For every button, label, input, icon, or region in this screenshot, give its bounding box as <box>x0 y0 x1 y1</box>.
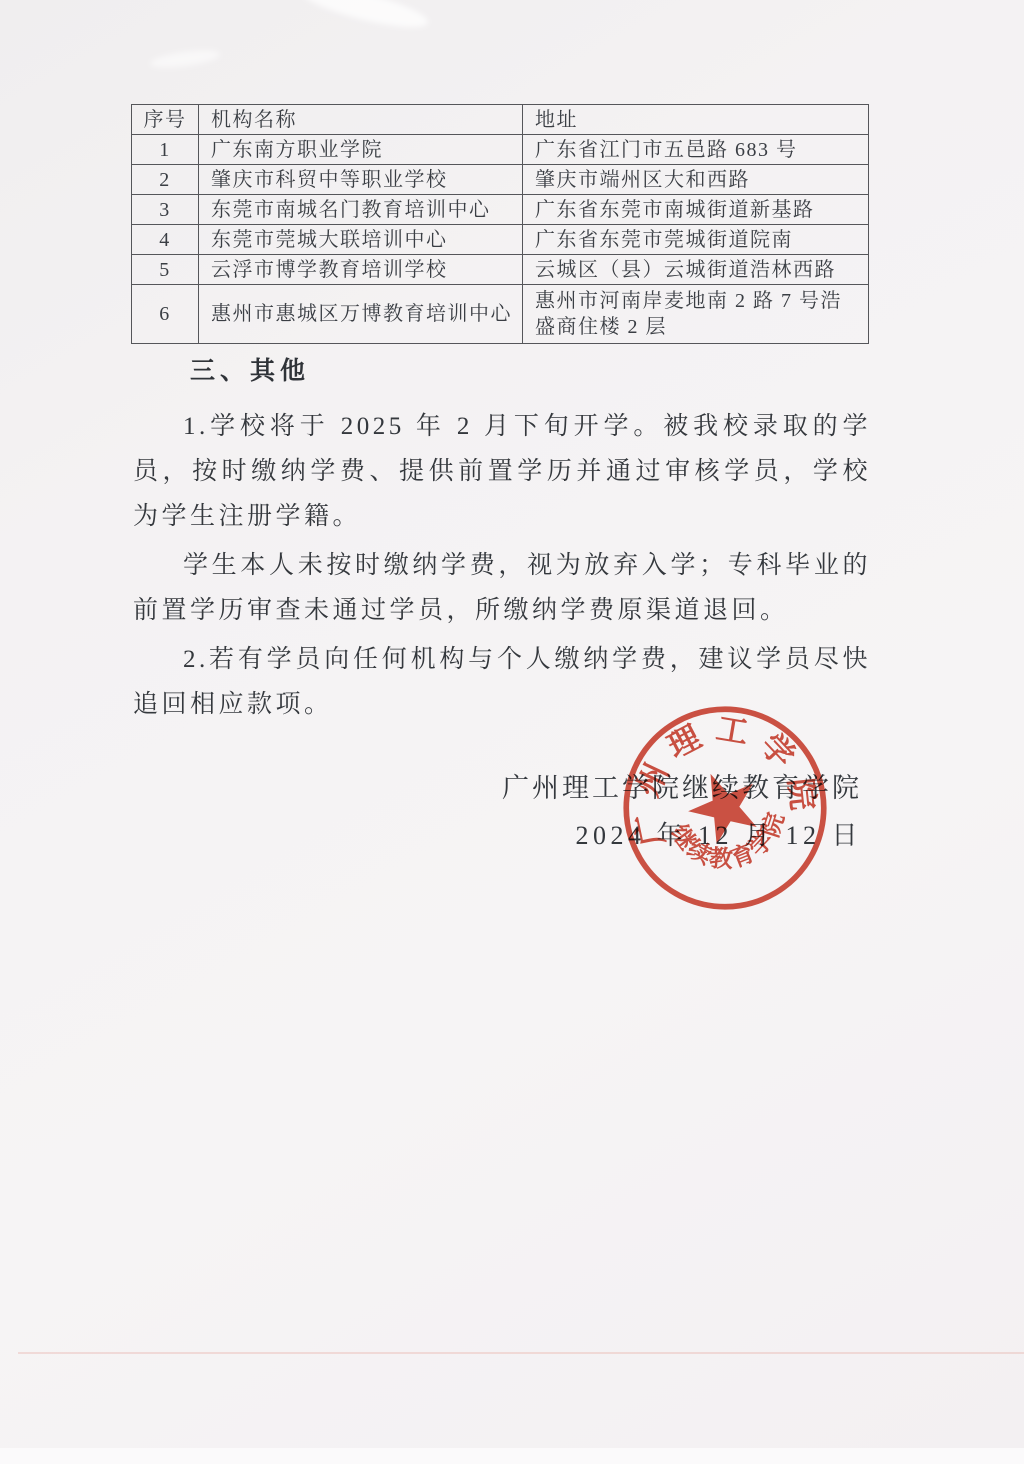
table-row: 3 东莞市南城名门教育培训中心 广东省东莞市南城街道新基路 <box>132 195 869 225</box>
section-other: 三、其他 1.学校将于 2025 年 2 月下旬开学。被我校录取的学员，按时缴纳… <box>133 349 871 727</box>
cell-address: 广东省东莞市莞城街道院南 <box>523 225 869 255</box>
document-page: 序号 机构名称 地址 1 广东南方职业学院 广东省江门市五邑路 683 号 2 … <box>0 0 1024 1464</box>
paragraph: 1.学校将于 2025 年 2 月下旬开学。被我校录取的学员，按时缴纳学费、提供… <box>133 404 871 539</box>
col-header-index: 序号 <box>132 105 199 135</box>
cell-name: 肇庆市科贸中等职业学校 <box>199 165 523 195</box>
cell-index: 5 <box>132 255 199 285</box>
paragraph: 学生本人未按时缴纳学费，视为放弃入学；专科毕业的前置学历审查未通过学员，所缴纳学… <box>133 543 871 633</box>
cell-index: 6 <box>132 285 199 344</box>
col-header-address: 地址 <box>523 105 869 135</box>
col-header-name: 机构名称 <box>199 105 523 135</box>
scan-artifact <box>299 0 431 35</box>
cell-name: 东莞市南城名门教育培训中心 <box>199 195 523 225</box>
scan-artifact-line <box>18 1352 1024 1354</box>
scan-edge <box>0 1448 1024 1464</box>
institutions-table: 序号 机构名称 地址 1 广东南方职业学院 广东省江门市五邑路 683 号 2 … <box>131 104 869 344</box>
cell-name: 云浮市博学教育培训学校 <box>199 255 523 285</box>
table-row: 2 肇庆市科贸中等职业学校 肇庆市端州区大和西路 <box>132 165 869 195</box>
table-row: 1 广东南方职业学院 广东省江门市五邑路 683 号 <box>132 135 869 165</box>
scan-artifact <box>149 47 220 71</box>
table-row: 6 惠州市惠城区万博教育培训中心 惠州市河南岸麦地南 2 路 7 号浩盛商住楼 … <box>132 285 869 344</box>
section-heading: 三、其他 <box>190 349 871 394</box>
official-seal: 广州理工学院 继续教育学院 <box>617 700 833 916</box>
cell-index: 1 <box>132 135 199 165</box>
table-row: 5 云浮市博学教育培训学校 云城区（县）云城街道浩林西路 <box>132 255 869 285</box>
cell-index: 4 <box>132 225 199 255</box>
cell-index: 3 <box>132 195 199 225</box>
cell-address: 肇庆市端州区大和西路 <box>523 165 869 195</box>
table-row: 4 东莞市莞城大联培训中心 广东省东莞市莞城街道院南 <box>132 225 869 255</box>
cell-address: 广东省东莞市南城街道新基路 <box>523 195 869 225</box>
cell-address: 广东省江门市五邑路 683 号 <box>523 135 869 165</box>
cell-address: 惠州市河南岸麦地南 2 路 7 号浩盛商住楼 2 层 <box>523 285 869 344</box>
cell-name: 惠州市惠城区万博教育培训中心 <box>199 285 523 344</box>
table-header-row: 序号 机构名称 地址 <box>132 105 869 135</box>
cell-name: 广东南方职业学院 <box>199 135 523 165</box>
cell-address: 云城区（县）云城街道浩林西路 <box>523 255 869 285</box>
cell-index: 2 <box>132 165 199 195</box>
cell-name: 东莞市莞城大联培训中心 <box>199 225 523 255</box>
